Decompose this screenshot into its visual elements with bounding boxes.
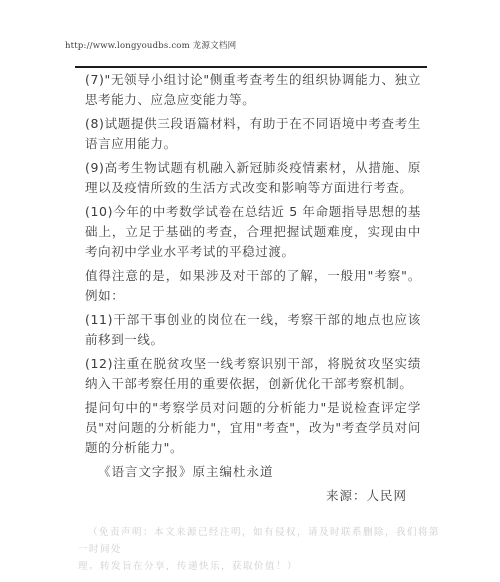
byline: 《语言文字报》原主编杜永道 <box>85 462 421 482</box>
disclaimer-line: 理。转发旨在分享，传递快乐，获取价值！） <box>78 558 440 575</box>
paragraph: 值得注意的是，如果涉及对干部的了解，一般用"考察"。例如： <box>85 266 421 306</box>
paragraph: (9)高考生物试题有机融入新冠肺炎疫情素材，从措施、原理以及疫情所致的生活方式改… <box>85 158 421 198</box>
document-page: http://www.longyoudbs.com 龙源文档网 (7)"无领导小… <box>0 0 500 582</box>
top-divider <box>75 66 427 68</box>
paragraph: (11)干部干事创业的岗位在一线，考察干部的地点也应该前移到一线。 <box>85 310 421 350</box>
disclaimer-line: （免责声明：本文来源已经注明，如有侵权，请及时联系删除，我们将第一时间处 <box>78 524 440 558</box>
watermark-url: http://www.longyoudbs.com 龙源文档网 <box>65 39 236 51</box>
paragraph: (8)试题提供三段语篇材料，有助于在不同语境中考查考生语言应用能力。 <box>85 114 421 154</box>
source-attribution: 来源：人民网 <box>85 486 421 506</box>
document-body: (7)"无领导小组讨论"侧重考查考生的组织协调能力、独立思考能力、应急应变能力等… <box>85 70 421 510</box>
paragraph: (7)"无领导小组讨论"侧重考查考生的组织协调能力、独立思考能力、应急应变能力等… <box>85 70 421 110</box>
paragraph: (12)注重在脱贫攻坚一线考察识别干部，将脱贫攻坚实绩纳入干部考察任用的重要依据… <box>85 354 421 394</box>
paragraph: 提问句中的"考察学员对问题的分析能力"是说检查评定学员"对问题的分析能力"，宜用… <box>85 398 421 458</box>
disclaimer: （免责声明：本文来源已经注明，如有侵权，请及时联系删除，我们将第一时间处 理。转… <box>78 524 440 575</box>
paragraph: (10)今年的中考数学试卷在总结近 5 年命题指导思想的基础上，立足于基础的考查… <box>85 202 421 262</box>
